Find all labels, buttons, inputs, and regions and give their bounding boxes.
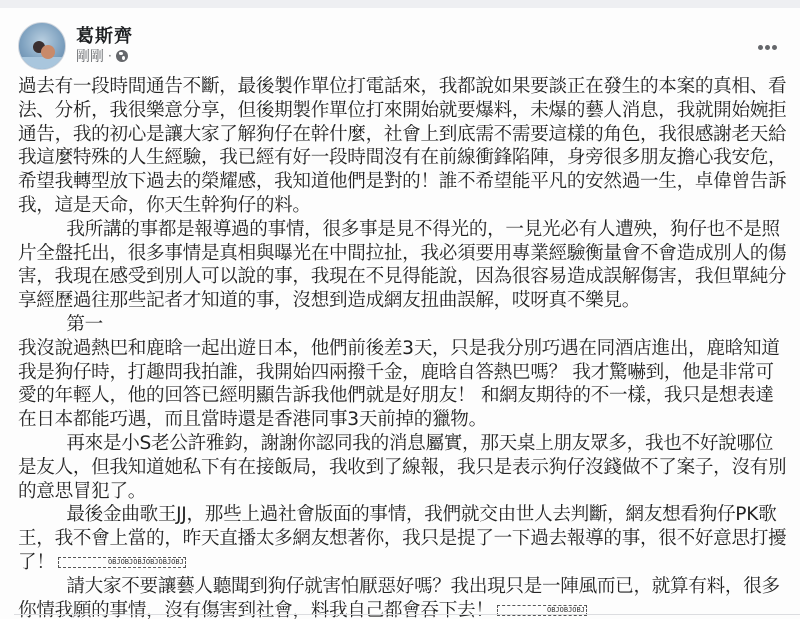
paragraph: 過去有一段時間通告不斷，最後製作單位打電話來，我都說如果要談正在發生的本案的真相… [18,75,788,218]
post-timestamp[interactable]: 剛剛 [76,46,104,66]
paragraph-text: 過去有一段時間通告不斷，最後製作單位打電話來，我都說如果要談正在發生的本案的真相… [18,76,786,216]
paragraph: 我沒說過熱巴和鹿晗一起出遊日本，他們前後差3天，只是我分別巧遇在同酒店進出，鹿晗… [18,337,788,432]
avatar[interactable] [18,22,66,70]
emoji-placeholder-icon: OBJOBJOBJOBJOBJOBJ [58,557,186,568]
divider [14,614,800,615]
author-name[interactable]: 葛斯齊 [76,22,133,48]
avatar-figure [41,45,55,59]
paragraph: 我所講的事都是報導過的事情，很多事是見不得光的，一見光必有人遭殃，狗仔也不是照片… [18,218,788,313]
facebook-post: 葛斯齊 剛剛 · 過去有一段時間通告不斷，最後製作單位打電話來，我都說如果要談正… [0,8,800,619]
post-meta: 剛剛 · [76,48,128,64]
more-options-icon [765,45,770,50]
post-body: 過去有一段時間通告不斷，最後製作單位打電話來，我都說如果要談正在發生的本案的真相… [18,75,788,619]
paragraph: 第一 [18,313,788,337]
paragraph: 最後金曲歌王JJ，那些上過社會版面的事情，我們就交由世人去判斷，網友想看狗仔PK… [18,503,788,574]
paragraph: 再來是小S老公許雅鈞，謝謝你認同我的消息屬實，那天桌上朋友眾多，我也不好說哪位是… [18,432,788,503]
paragraph: 請大家不要讓藝人聽聞到狗仔就害怕厭惡好嗎？我出現只是一陣風而已，就算有料，很多你… [18,575,788,619]
paragraph-text: 我沒說過熱巴和鹿晗一起出遊日本，他們前後差3天，只是我分別巧遇在同酒店進出，鹿晗… [18,338,780,430]
avatar-background [19,57,65,69]
top-edge [0,0,800,8]
more-options-button[interactable] [752,40,782,54]
globe-icon[interactable] [116,50,128,62]
paragraph-text: 我所講的事都是報導過的事情，很多事是見不得光的，一見光必有人遭殃，狗仔也不是照片… [18,219,786,311]
paragraph-text: 請大家不要讓藝人聽聞到狗仔就害怕厭惡好嗎？我出現只是一陣風而已，就算有料，很多你… [18,576,780,619]
paragraph-text: 再來是小S老公許雅鈞，謝謝你認同我的消息屬實，那天桌上朋友眾多，我也不好說哪位是… [18,433,786,502]
more-options-icon [772,45,777,50]
more-options-icon [758,45,763,50]
post-header: 葛斯齊 剛剛 · [0,8,800,68]
meta-separator: · [108,49,112,63]
paragraph-text: 第一 [66,314,103,335]
